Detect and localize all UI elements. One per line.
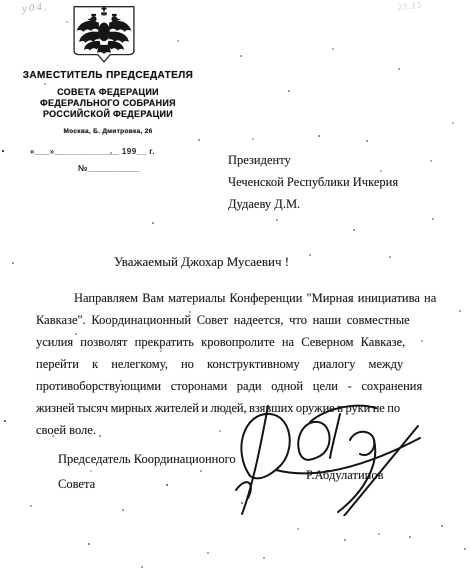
recipient-line-title: Президенту [228,149,398,171]
letterhead-title-line2: СОВЕТА ФЕДЕРАЦИИ [10,87,206,98]
salutation: Уважаемый Джохар Мусаевич ! [114,254,289,270]
handwritten-note-top-left: у04. [22,1,50,15]
body-line: Направляем Вам материалы Конференции "Ми… [36,287,432,309]
coat-of-arms-icon [71,5,137,64]
signoff-title-line2: Совета [58,472,236,497]
letterhead-title-line4: РОССИЙСКОЙ ФЕДЕРАЦИИ [10,109,206,120]
body-line: противоборствующими сторонами ради одной… [36,375,432,397]
handwritten-note-top-right: 23.15 [396,0,422,13]
body-line: перейти к нелегкому, но конструктивному … [36,353,432,375]
handwritten-signature [222,398,422,516]
body-line: Кавказе". Координационный Совет надеется… [36,309,432,331]
recipient-block: Президенту Чеченской Республики Ичкерия … [228,149,398,215]
number-blank-line: №___________ [78,163,139,173]
letterhead-title-line1: ЗАМЕСТИТЕЛЬ ПРЕДСЕДАТЕЛЯ [10,70,206,82]
body-line: усилия позволят прекратить кровопролите … [36,331,432,353]
signoff-title-line1: Председатель Координационного [58,447,236,472]
letterhead-title-line3: ФЕДЕРАЛЬНОГО СОБРАНИЯ [10,98,206,109]
scanned-letter: у04. 23.15 [0,0,470,571]
date-blank-line: «___»_____________ 199__ г. [30,147,155,156]
recipient-line-name: Дудаеву Д.М. [228,193,398,215]
letterhead-address: Москва, Б. Дмитровка, 26 [10,128,206,135]
recipient-line-republic: Чеченской Республики Ичкерия [228,171,398,193]
letterhead: ЗАМЕСТИТЕЛЬ ПРЕДСЕДАТЕЛЯ СОВЕТА ФЕДЕРАЦИ… [10,70,206,135]
signoff-title: Председатель Координационного Совета [58,447,236,497]
